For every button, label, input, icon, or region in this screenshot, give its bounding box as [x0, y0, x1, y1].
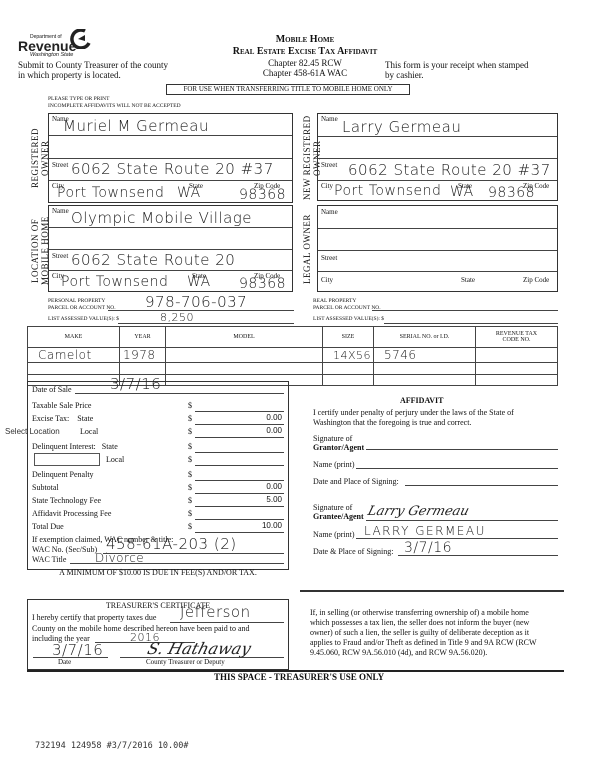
- location-city[interactable]: Port Townsend: [61, 274, 168, 290]
- grantor-name-label: Name (print): [313, 460, 355, 469]
- wac-title-label: WAC Title: [32, 555, 66, 564]
- city-label: City: [321, 276, 333, 284]
- registered-owner-name[interactable]: Muriel M Germeau: [63, 117, 209, 135]
- real-property-label-1: REAL PROPERTY: [313, 298, 381, 305]
- name-label: Name: [52, 207, 69, 215]
- personal-property-label-2: PARCEL or ACCOUNT NO.: [48, 305, 116, 312]
- legal-owner-label: LEGAL OWNER: [302, 214, 312, 284]
- fee-value[interactable]: 0.00: [266, 426, 282, 435]
- grantee-sig-label-2: Grantee/Agent: [313, 512, 364, 521]
- real-property-label: REAL PROPERTY PARCEL or ACCOUNT NO.: [313, 298, 381, 312]
- table-row: [28, 363, 558, 375]
- table-header-row: MAKE YEAR MODEL SIZE SERIAL NO. or I.D. …: [28, 327, 558, 348]
- location-label-1: LOCATION OF: [30, 219, 40, 283]
- street-label: Street: [321, 254, 337, 262]
- col-revenue-tax-code: REVENUE TAX CODE NO.: [476, 327, 558, 348]
- name-label: Name: [321, 208, 338, 216]
- fee-state-technology: State Technology Fee $ 5.00: [32, 496, 284, 509]
- receipt-note: This form is your receipt when stamped b…: [385, 60, 528, 80]
- new-registered-label-1: NEW REGISTERED: [302, 116, 312, 201]
- minimum-note: A MINIMUM OF $10.00 IS DUE IN FEE(S) AND…: [27, 568, 289, 577]
- col-serial: SERIAL NO. or I.D.: [374, 327, 476, 348]
- registered-owner-state[interactable]: WA: [177, 185, 201, 201]
- cell-make[interactable]: Camelot: [28, 348, 120, 363]
- transfer-banner: FOR USE WHEN TRANSFERRING TITLE TO MOBIL…: [166, 84, 410, 95]
- grantor-signature-label: Signature of Grantor/Agent: [313, 434, 364, 452]
- fee-label: Total Due: [32, 522, 64, 531]
- lien-notice-line4: applies to Fraud and/or Theft as defined…: [310, 638, 537, 648]
- fee-taxable-sale-price: Taxable Sale Price $: [32, 401, 284, 414]
- treasurer-date[interactable]: 3/7/16: [52, 641, 103, 659]
- col-model: MODEL: [166, 327, 323, 348]
- date-of-sale-label: Date of Sale: [32, 385, 72, 394]
- personal-property-label-1: PERSONAL PROPERTY: [48, 298, 116, 305]
- new-owner-state[interactable]: WA: [450, 184, 474, 200]
- instruction-line2: INCOMPLETE AFFIDAVITS WILL NOT BE ACCEPT…: [48, 103, 181, 110]
- personal-property-label: PERSONAL PROPERTY PARCEL or ACCOUNT NO.: [48, 298, 116, 312]
- grantee-sig-label-1: Signature of: [313, 503, 364, 512]
- fee-excise-tax-local: Local $ 0.00: [32, 427, 284, 440]
- currency-symbol: $: [188, 496, 192, 505]
- personal-property-account-no[interactable]: 978-706-037: [145, 293, 247, 311]
- city-label: City: [321, 182, 333, 190]
- currency-symbol: $: [188, 442, 192, 451]
- fee-affidavit-processing: Affidavit Processing Fee $: [32, 509, 284, 522]
- submit-note-line2: in which property is located.: [18, 70, 168, 80]
- fee-delinquent-penalty: Delinquent Penalty $: [32, 470, 284, 483]
- cell-model[interactable]: [166, 348, 323, 363]
- fee-label: Local: [80, 427, 98, 436]
- fee-label: Delinquent Interest: State: [32, 442, 118, 451]
- currency-symbol: $: [188, 427, 192, 436]
- lien-notice-line2: which possesses a tax lien, the seller d…: [310, 618, 537, 628]
- zip-label: Zip Code: [523, 276, 549, 284]
- table-row: Camelot 1978 14X56 5746: [28, 348, 558, 363]
- date-of-sale[interactable]: 3/7/16: [110, 375, 161, 393]
- legal-owner-section-label: LEGAL OWNER: [302, 205, 312, 293]
- cell-revenue-tax-code[interactable]: [476, 348, 558, 363]
- affidavit-title: AFFIDAVIT: [400, 396, 443, 405]
- fee-label: Local: [106, 455, 124, 464]
- personal-assessed-value[interactable]: 8,250: [160, 311, 194, 324]
- affidavit-statement-line1: I certify under penalty of perjury under…: [313, 408, 514, 418]
- location-street[interactable]: 6062 State Route 20: [71, 251, 235, 269]
- location-name[interactable]: Olympic Mobile Village: [71, 209, 252, 227]
- col-size: SIZE: [323, 327, 374, 348]
- treasurer-line1: I hereby certify that property taxes due: [32, 613, 156, 622]
- legal-owner-box: Name Street City State Zip Code: [317, 205, 558, 292]
- submit-note: Submit to County Treasurer of the county…: [18, 60, 168, 80]
- cell-serial[interactable]: [374, 363, 476, 375]
- fee-label: State Technology Fee: [32, 496, 101, 505]
- lien-notice: If, in selling (or otherwise transferrin…: [310, 608, 537, 658]
- cell-make[interactable]: [28, 363, 120, 375]
- cell-revenue-tax-code[interactable]: [476, 375, 558, 386]
- registered-owner-zip[interactable]: 98368: [239, 187, 286, 203]
- grantee-signature[interactable]: Larry Germeau: [366, 504, 471, 519]
- mobile-home-location-box: Name Olympic Mobile Village Street 6062 …: [48, 205, 293, 292]
- cell-model[interactable]: [166, 363, 323, 375]
- state-label: State: [461, 276, 475, 284]
- fee-delinquent-interest-local: Local $: [32, 455, 284, 468]
- grantor-sig-label-2: Grantor/Agent: [313, 443, 364, 452]
- fee-value[interactable]: 0.00: [266, 413, 282, 422]
- fee-label: Affidavit Processing Fee: [32, 509, 111, 518]
- cell-size[interactable]: 14X56: [323, 348, 374, 363]
- fee-subtotal: Subtotal $ 0.00: [32, 483, 284, 496]
- lien-notice-line5: 9.45.060, RCW 9A.56.010 (4d), and RCW 9A…: [310, 648, 537, 658]
- location-state[interactable]: WA: [187, 274, 211, 290]
- receipt-stamp: 732194 124958 #3/7/2016 10.00#: [35, 741, 189, 751]
- logo-name: Revenue: [18, 40, 76, 52]
- fee-excise-tax-state: Excise Tax: State $ 0.00: [32, 414, 284, 427]
- col-make: MAKE: [28, 327, 120, 348]
- mobile-home-table: MAKE YEAR MODEL SIZE SERIAL NO. or I.D. …: [27, 326, 558, 386]
- street-label: Street: [52, 252, 68, 260]
- instruction-line1: PLEASE TYPE OR PRINT: [48, 96, 181, 103]
- real-property-label-2: PARCEL or ACCOUNT NO.: [313, 305, 381, 312]
- grantee-name[interactable]: LARRY GERMEAU: [364, 524, 486, 538]
- currency-symbol: $: [188, 509, 192, 518]
- fee-label: Subtotal: [32, 483, 59, 492]
- grantor-sig-label-1: Signature of: [313, 434, 364, 443]
- logo-state: Washington State: [30, 52, 73, 58]
- affidavit-divider: [300, 590, 564, 592]
- treasurer-date-label: Date: [58, 658, 71, 666]
- fee-label: Taxable Sale Price: [32, 401, 91, 410]
- location-section-label: LOCATION OF MOBILE HOME: [30, 205, 50, 297]
- currency-symbol: $: [188, 483, 192, 492]
- cell-serial[interactable]: [374, 375, 476, 386]
- street-label: Street: [52, 161, 68, 169]
- lien-notice-line3: owner) of such a lien, the seller is gui…: [310, 628, 537, 638]
- cell-year[interactable]: 1978: [120, 348, 166, 363]
- col-year: YEAR: [120, 327, 166, 348]
- revenue-logo: Department of Revenue Washington State: [18, 27, 98, 57]
- title-line1: Mobile Home: [190, 34, 420, 46]
- grantee-name-label: Name (print): [313, 530, 355, 539]
- currency-symbol: $: [188, 470, 192, 479]
- name-label: Name: [321, 115, 338, 123]
- fee-value[interactable]: 5.00: [266, 495, 282, 504]
- new-owner-city[interactable]: Port Townsend: [334, 183, 441, 199]
- grantee-signature-label: Signature of Grantee/Agent: [313, 503, 364, 521]
- currency-symbol: $: [188, 455, 192, 464]
- registered-owner-box: Name Muriel M Germeau Street 6062 State …: [48, 113, 293, 203]
- cell-size[interactable]: [323, 363, 374, 375]
- submit-note-line1: Submit to County Treasurer of the county: [18, 60, 168, 70]
- currency-symbol: $: [188, 522, 192, 531]
- new-owner-street[interactable]: 6062 State Route 20 #37: [348, 161, 551, 179]
- street-label: Street: [321, 161, 337, 169]
- registered-owner-city[interactable]: Port Townsend: [57, 185, 164, 201]
- personal-assessed-label: LIST ASSESSED VALUE(S): $: [48, 316, 119, 322]
- currency-symbol: $: [188, 414, 192, 423]
- fee-label: Excise Tax: State: [32, 414, 93, 423]
- cell-year[interactable]: [120, 363, 166, 375]
- new-owner-name[interactable]: Larry Germeau: [342, 118, 461, 136]
- cell-serial[interactable]: 5746: [374, 348, 476, 363]
- instructions: PLEASE TYPE OR PRINT INCOMPLETE AFFIDAVI…: [48, 96, 181, 110]
- lien-notice-line1: If, in selling (or otherwise transferrin…: [310, 608, 537, 618]
- fee-label: Delinquent Penalty: [32, 470, 94, 479]
- fee-value[interactable]: 0.00: [266, 482, 282, 491]
- cell-size[interactable]: [323, 375, 374, 386]
- treasurer-signature-label: County Treasurer or Deputy: [146, 658, 225, 666]
- wa-revenue-logo-icon: [70, 29, 92, 49]
- fee-value[interactable]: 10.00: [262, 521, 282, 530]
- wac-no-label: WAC No. (Sec/Sub): [32, 545, 97, 554]
- grantee-date[interactable]: 3/7/16: [404, 540, 452, 556]
- affidavit-statement-line2: Washington that the foregoing is true an…: [313, 418, 514, 428]
- new-owner-zip[interactable]: 98368: [488, 185, 535, 201]
- fee-total-due: Total Due $ 10.00: [32, 522, 284, 535]
- wac-title[interactable]: Divorce: [95, 551, 144, 565]
- registered-owner-street[interactable]: 6062 State Route 20 #37: [71, 160, 274, 178]
- affidavit-statement: I certify under penalty of perjury under…: [313, 408, 514, 428]
- location-zip[interactable]: 98368: [239, 276, 286, 292]
- new-registered-owner-box: Name Larry Germeau Street 6062 State Rou…: [317, 113, 558, 201]
- registered-owner-section-label: REGISTERED OWNER: [30, 112, 50, 204]
- grantor-date-label: Date and Place of Signing:: [313, 477, 399, 486]
- cell-revenue-tax-code[interactable]: [476, 363, 558, 375]
- treasurer-use-only: THIS SPACE - TREASURER'S USE ONLY: [214, 672, 384, 682]
- receipt-note-line1: This form is your receipt when stamped: [385, 60, 528, 70]
- real-assessed-label: LIST ASSESSED VALUE(S): $: [313, 316, 384, 322]
- treasurer-county[interactable]: Jefferson: [180, 603, 251, 621]
- currency-symbol: $: [188, 401, 192, 410]
- title-line2: Real Estate Excise Tax Affidavit: [190, 46, 420, 58]
- grantee-date-label: Date & Place of Signing:: [313, 547, 393, 556]
- registered-label-1: REGISTERED: [30, 128, 40, 188]
- treasurer-signature[interactable]: S. Hathaway: [145, 639, 253, 658]
- receipt-note-line2: by cashier.: [385, 70, 528, 80]
